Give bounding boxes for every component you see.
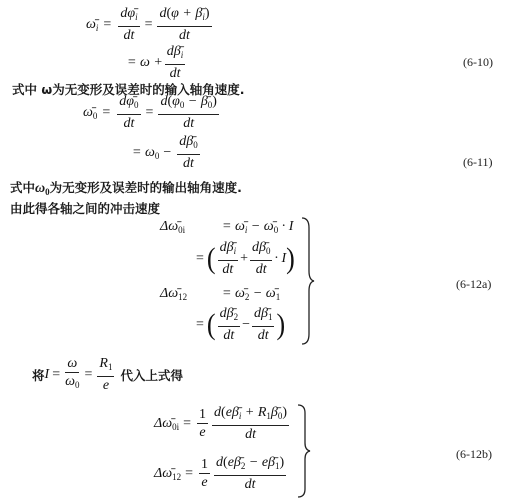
- fraction: dβ̄i dt: [218, 240, 239, 277]
- fraction: dβ̄i dt: [165, 44, 186, 81]
- fraction: dφ̄i dt: [118, 6, 139, 43]
- equation-tag-6-10: (6-10): [463, 55, 493, 70]
- right-brace-icon: [296, 403, 312, 499]
- eq-6-11-line1: ω̄0 = dφ̄0 dt = d(φ0 − β̄0) dt: [83, 94, 221, 131]
- fraction: dβ̄0 dt: [250, 240, 272, 277]
- fraction: dβ̄2 dt: [218, 306, 240, 343]
- substitution-line: 将 I = ω ω0 = R1 e 代入上式得: [32, 356, 183, 393]
- equation-tag-6-11: (6-11): [463, 155, 493, 170]
- eq-6-10-line1: ω̄i = dφ̄i dt = d(φ + β̄i) dt: [86, 6, 214, 43]
- eq-6-12b-line1: Δω̄0i = 1 e d(eβ̄i + R1β̄0) dt: [154, 405, 291, 442]
- eq-6-11-line2: = ω0 − dβ̄0 dt: [132, 134, 202, 171]
- fraction: R1 e: [97, 356, 114, 393]
- fraction: d(eβ̄2 − eβ̄1) dt: [214, 455, 286, 492]
- eq-6-12a-line4: = ( dβ̄2 dt − dβ̄1 dt ): [196, 306, 285, 343]
- fraction: d(φ0 − β̄0) dt: [158, 94, 219, 131]
- fraction: d(φ + β̄i) dt: [157, 6, 211, 43]
- eq-6-10-line2: = ω + dβ̄i dt: [127, 44, 187, 81]
- fraction: dφ̄0 dt: [117, 94, 140, 131]
- note-output-speed: 式中ω0为无变形及误差时的输出轴角速度.: [10, 178, 242, 197]
- eq-6-12b-line2: Δω̄12 = 1 e d(eβ̄2 − eβ̄1) dt: [154, 455, 288, 492]
- equation-tag-6-12a: (6-12a): [456, 277, 491, 292]
- fraction: 1 e: [199, 457, 210, 490]
- equation-tag-6-12b: (6-12b): [456, 447, 492, 462]
- fraction: ω ω0: [65, 356, 79, 393]
- impact-intro: 由此得各轴之间的冲击速度: [10, 199, 160, 217]
- right-brace-icon: [300, 216, 316, 346]
- fraction: 1 e: [197, 407, 208, 440]
- eq-6-12a-line1: Δω̄0i = ω̄i − ω̄0 · I: [160, 219, 293, 235]
- eq-6-12a-line2: = ( dβ̄i dt + dβ̄0 dt · I ): [196, 240, 295, 277]
- fraction: dβ̄0 dt: [177, 134, 199, 171]
- fraction: dβ̄1 dt: [252, 306, 274, 343]
- eq-6-12a-line3: Δω̄12 = ω̄2 − ω̄1: [160, 286, 280, 302]
- fraction: d(eβ̄i + R1β̄0) dt: [212, 405, 289, 442]
- omega-i-bar: ω̄i: [86, 17, 98, 33]
